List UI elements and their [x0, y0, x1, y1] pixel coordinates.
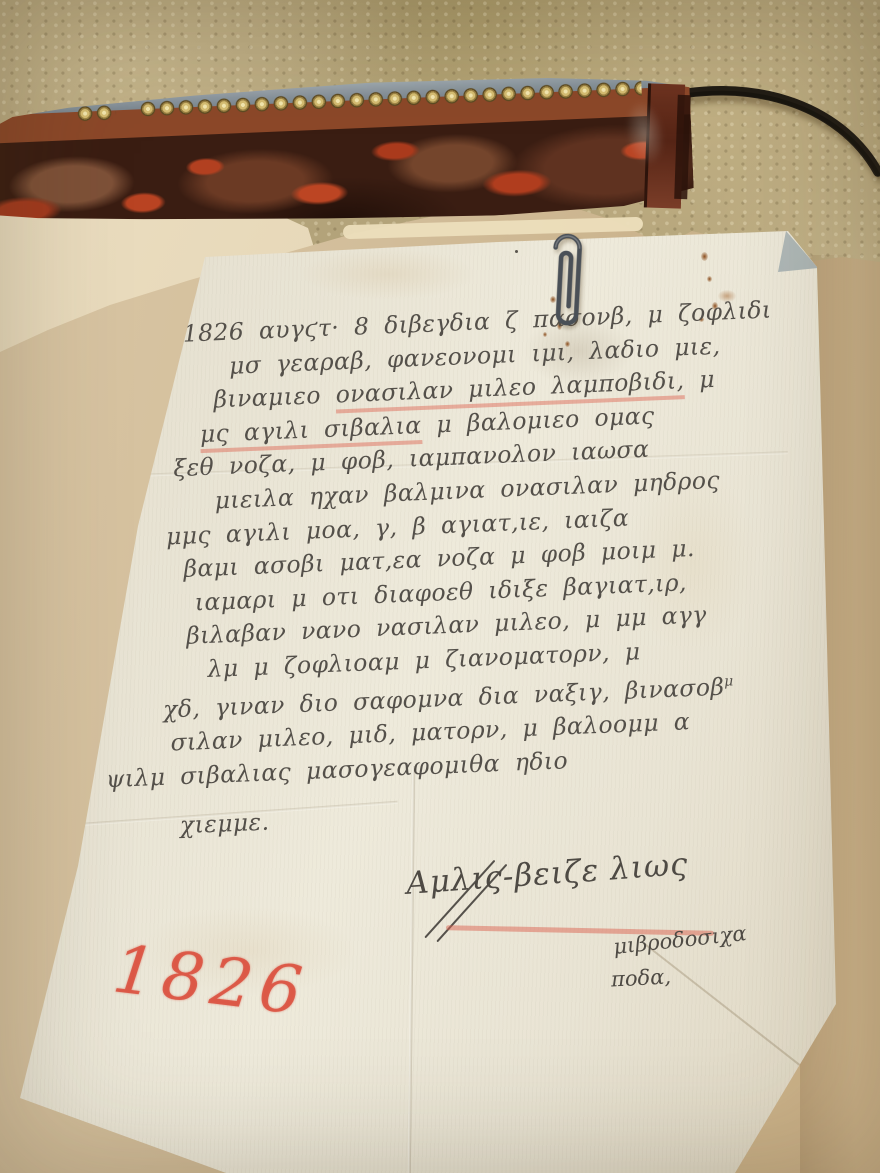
- superscript-letter: μ: [724, 673, 734, 689]
- photo-of-manuscript: 1826 αυγϛτ· 8 διβεγδια ζ πασονβ, μ ζοφλι…: [0, 0, 880, 1173]
- countersignature-line: μιβροδοσιχα: [612, 921, 748, 959]
- text-line: χιεμμε.: [179, 782, 848, 843]
- ink-dot: [515, 250, 518, 253]
- paper-stain: [298, 248, 478, 300]
- rust-spot: [707, 276, 712, 282]
- countersignature-line: ποδα,: [610, 964, 671, 991]
- rust-spot: [701, 252, 708, 261]
- signature: Αμλις-βειζε λιως: [405, 846, 689, 902]
- paper-clip: [540, 217, 592, 341]
